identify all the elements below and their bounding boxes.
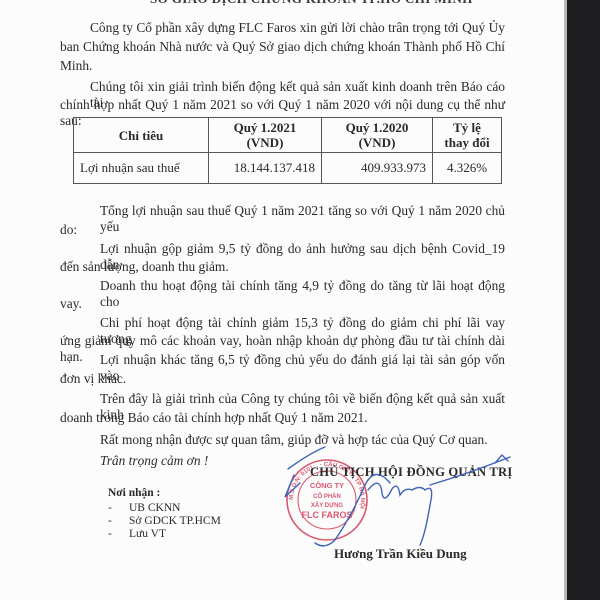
handwritten-signature-icon	[280, 445, 520, 555]
header-q1-2020: Quý 1.2020(VND)	[322, 118, 433, 153]
list-item: -Sở GDCK TP.HCM	[108, 515, 221, 528]
profit-table: Chỉ tiêu Quý 1.2021(VND) Quý 1.2020(VND)…	[73, 117, 502, 184]
list-item: -Lưu VT	[108, 528, 221, 541]
signer-name: Hương Trần Kiều Dung	[334, 546, 467, 562]
paragraph-6-line-2: doanh trong Báo cáo tài chính hợp nhất Q…	[60, 410, 368, 426]
cell-q1-2021: 18.144.137.418	[209, 153, 322, 184]
paragraph-3-line-2: vay.	[60, 296, 82, 312]
cell-indicator: Lợi nhuận sau thuế	[74, 153, 209, 184]
paragraph-1-line-1: Tổng lợi nhuận sau thuế Quý 1 năm 2021 t…	[100, 203, 505, 235]
document-page: SỞ GIAO DỊCH CHỨNG KHOÁN TP.HỒ CHÍ MINH …	[0, 0, 566, 600]
list-item: -UB CKNN	[108, 502, 221, 515]
table-row: Lợi nhuận sau thuế 18.144.137.418 409.93…	[74, 153, 502, 184]
paragraph-2-line-2: đến sản lượng, doanh thu giảm.	[60, 259, 229, 275]
recipients-block: Nơi nhận : -UB CKNN -Sở GDCK TP.HCM -Lưu…	[108, 487, 221, 541]
intro-line-3: Minh.	[60, 58, 92, 74]
paragraph-5-line-2: đơn vị khác.	[60, 371, 126, 387]
cell-q1-2020: 409.933.973	[322, 153, 433, 184]
cut-off-heading: SỞ GIAO DỊCH CHỨNG KHOÁN TP.HỒ CHÍ MINH	[150, 0, 473, 7]
paragraph-3-line-1: Doanh thu hoạt động tài chính tăng 4,9 t…	[100, 278, 505, 310]
header-q1-2021: Quý 1.2021(VND)	[209, 118, 322, 153]
cell-change-rate: 4.326%	[433, 153, 502, 184]
paragraph-1-line-2: do:	[60, 222, 77, 238]
paragraph-5-line-1: Lợi nhuận khác tăng 6,5 tỷ đồng chủ yếu …	[100, 352, 505, 384]
dark-background-strip	[567, 0, 600, 600]
header-change-rate: Tỷ lệthay đổi	[433, 118, 502, 153]
intro-line-1: Công ty Cổ phần xây dựng FLC Faros xin g…	[90, 20, 505, 36]
closing-line: Trân trọng cảm ơn !	[100, 453, 208, 469]
recipients-title: Nơi nhận :	[108, 487, 221, 500]
intro-line-2: ban Chứng khoán Nhà nước và Quý Sở giao …	[60, 39, 505, 55]
table-header-row: Chỉ tiêu Quý 1.2021(VND) Quý 1.2020(VND)…	[74, 118, 502, 153]
header-indicator: Chỉ tiêu	[74, 118, 209, 153]
